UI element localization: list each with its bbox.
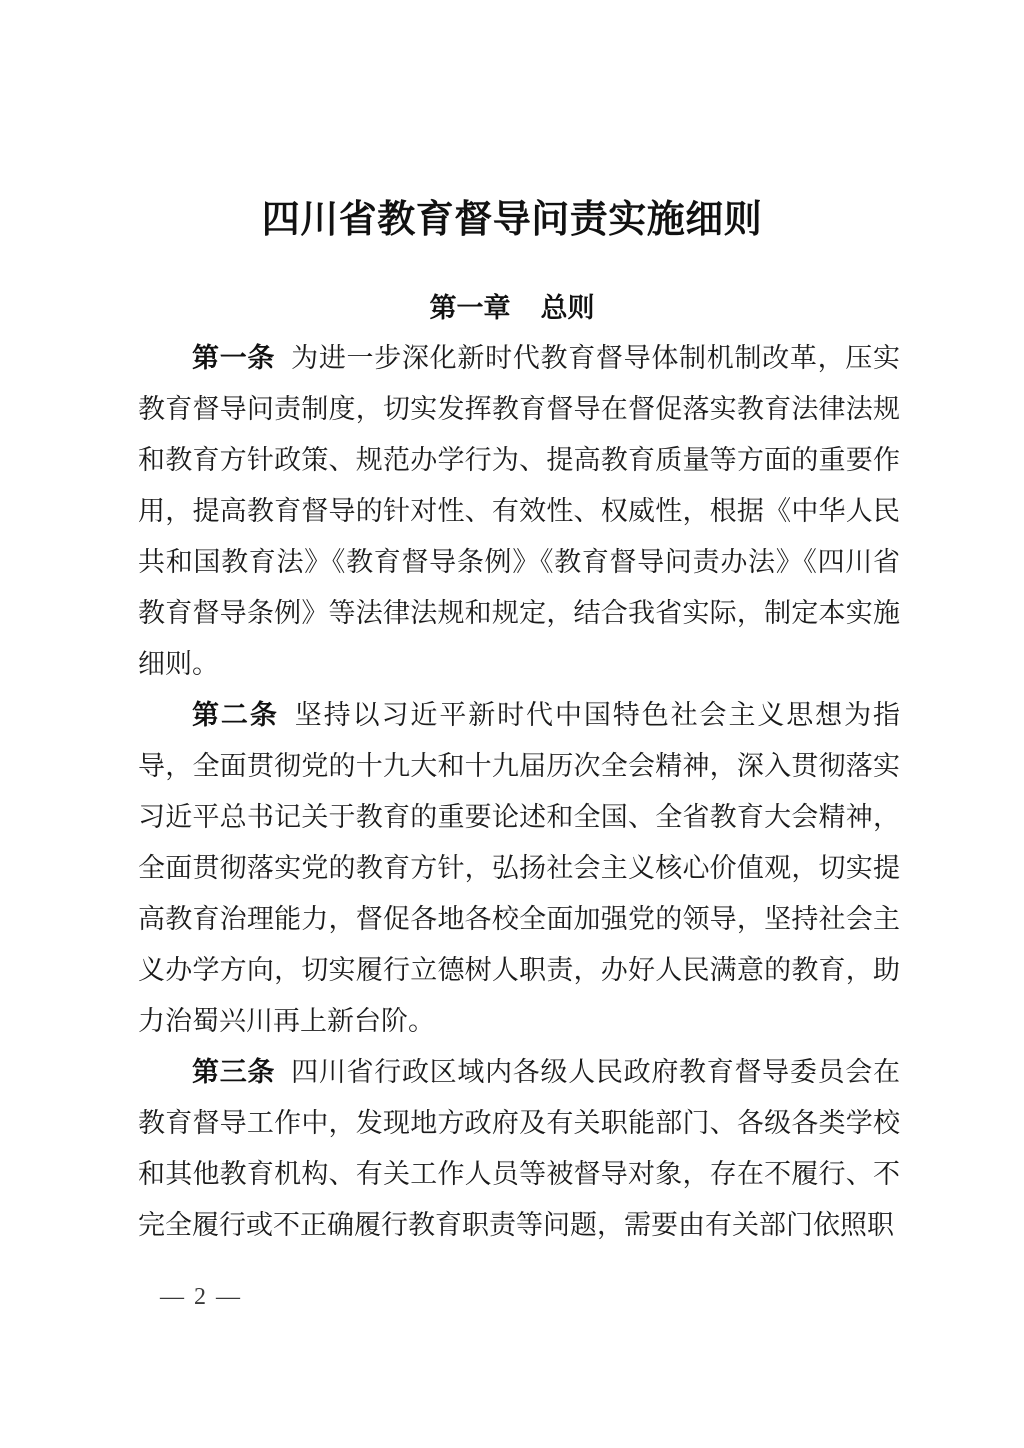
article-paragraph-2: 第二条坚持以习近平新时代中国特色社会主义思想为指导，全面贯彻党的十九大和十九届历… xyxy=(138,690,900,1047)
article-paragraph-3: 第三条四川省行政区域内各级人民政府教育督导委员会在教育督导工作中，发现地方政府及… xyxy=(138,1047,900,1251)
article-2-text: 坚持以习近平新时代中国特色社会主义思想为指导，全面贯彻党的十九大和十九届历次全会… xyxy=(138,700,900,1036)
chapter-heading: 第一章总则 xyxy=(0,286,1024,325)
document-title: 四川省教育督导问责实施细则 xyxy=(0,188,1024,243)
chapter-number: 第一章 xyxy=(430,293,511,323)
page-number: — 2 — xyxy=(160,1284,242,1311)
article-2-label: 第二条 xyxy=(192,700,279,730)
article-paragraph-1: 第一条为进一步深化新时代教育督导体制机制改革，压实教育督导问责制度，切实发挥教育… xyxy=(138,333,900,690)
chapter-title: 总则 xyxy=(541,293,595,323)
document-body: 第一条为进一步深化新时代教育督导体制机制改革，压实教育督导问责制度，切实发挥教育… xyxy=(138,333,900,1251)
document-page: 四川省教育督导问责实施细则 第一章总则 第一条为进一步深化新时代教育督导体制机制… xyxy=(0,0,1024,1448)
article-1-label: 第一条 xyxy=(192,343,275,373)
article-1-text: 为进一步深化新时代教育督导体制机制改革，压实教育督导问责制度，切实发挥教育督导在… xyxy=(138,343,900,679)
article-3-label: 第三条 xyxy=(192,1057,275,1087)
